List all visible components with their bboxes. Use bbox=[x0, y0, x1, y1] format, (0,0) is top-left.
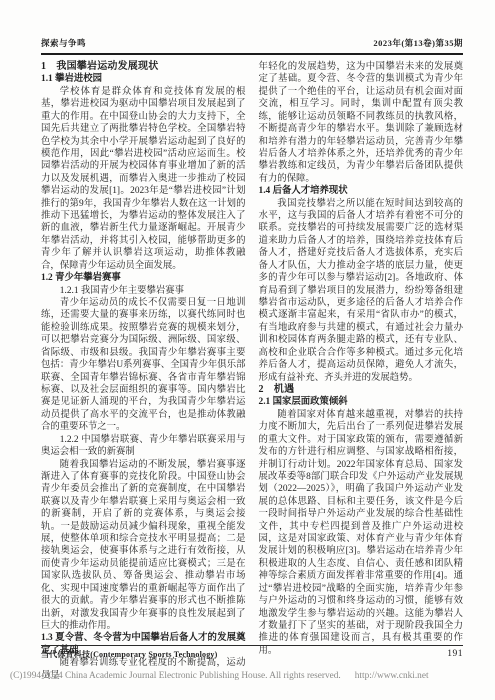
header-rule bbox=[41, 53, 463, 55]
article-right-column: 年轻化的发展趋势，这为中国攀岩未来的发展奠定了基础。夏令营、冬令营的集训模式为青… bbox=[259, 61, 464, 682]
paragraph: 学校体育是群众体育和竞技体育发展的根基，攀岩进校园为驱动中国攀岩项目发展起到了重… bbox=[41, 86, 246, 272]
page-footer: 当代体育科技(Contemporary Sports Technology) 1… bbox=[41, 649, 463, 660]
subsection-heading: 1.4 后备人才培养现状 bbox=[259, 185, 464, 197]
subsubsection-heading: 1.2.2 中国攀岩联赛、青少年攀岩联赛采用与奥运会相一致的新赛制 bbox=[41, 434, 246, 459]
journal-name: 当代体育科技(Contemporary Sports Technology) bbox=[41, 649, 218, 660]
section-heading: 2 机遇 bbox=[259, 384, 464, 396]
section-heading: 1 我国攀岩运动发展现状 bbox=[41, 61, 246, 73]
article-body: 1 我国攀岩运动发展现状1.1 攀岩进校园学校体育是群众体育和竞技体育发展的根基… bbox=[41, 61, 463, 682]
subsection-heading: 1.2 青少年攀岩赛事 bbox=[41, 272, 246, 284]
page-number: 191 bbox=[447, 649, 463, 659]
subsubsection-heading: 1.2.1 我国青少年主要攀岩赛事 bbox=[41, 285, 246, 297]
paragraph-continuation: 年轻化的发展趋势，这为中国攀岩未来的发展奠定了基础。夏令营、冬令营的集训模式为青… bbox=[259, 61, 464, 185]
paragraph: 我国竞技攀岩之所以能在短时间达到较高的水平，这与我国的后备人才培养有着密不可分的… bbox=[259, 198, 464, 384]
article-left-column: 1 我国攀岩运动发展现状1.1 攀岩进校园学校体育是群众体育和竞技体育发展的根基… bbox=[41, 61, 246, 682]
copyright-text: (C)1994-2024 China Academic Journal Elec… bbox=[10, 671, 341, 681]
journal-page: 探索与争鸣 2023年(第13卷)第35期 1 我国攀岩运动发展现状1.1 攀岩… bbox=[0, 0, 495, 700]
journal-section-title: 探索与争鸣 bbox=[41, 37, 86, 49]
paragraph: 随着国家对体育越来越重视，对攀岩的扶持力度不断加大，先后出台了一系列促进攀岩发展… bbox=[259, 409, 464, 657]
paragraph: 随着我国攀岩运动的不断发展，攀岩赛事逐渐进入了体育赛事的竞技化阶段。中国登山协会… bbox=[41, 459, 246, 633]
footer-rule bbox=[41, 645, 463, 646]
copyright-url: http://www.cnki.net bbox=[355, 671, 429, 681]
subsection-heading: 2.1 国家层面政策倾斜 bbox=[259, 396, 464, 408]
issue-info: 2023年(第13卷)第35期 bbox=[373, 37, 463, 49]
paragraph: 青少年运动员的成长不仅需要日复一日地训练，还需要大量的赛事来历练，以赛代练同时也… bbox=[41, 297, 246, 434]
copyright-line: (C)1994-2024 China Academic Journal Elec… bbox=[10, 671, 489, 681]
subsection-heading: 1.1 攀岩进校园 bbox=[41, 73, 246, 85]
running-head: 探索与争鸣 2023年(第13卷)第35期 bbox=[41, 37, 463, 49]
